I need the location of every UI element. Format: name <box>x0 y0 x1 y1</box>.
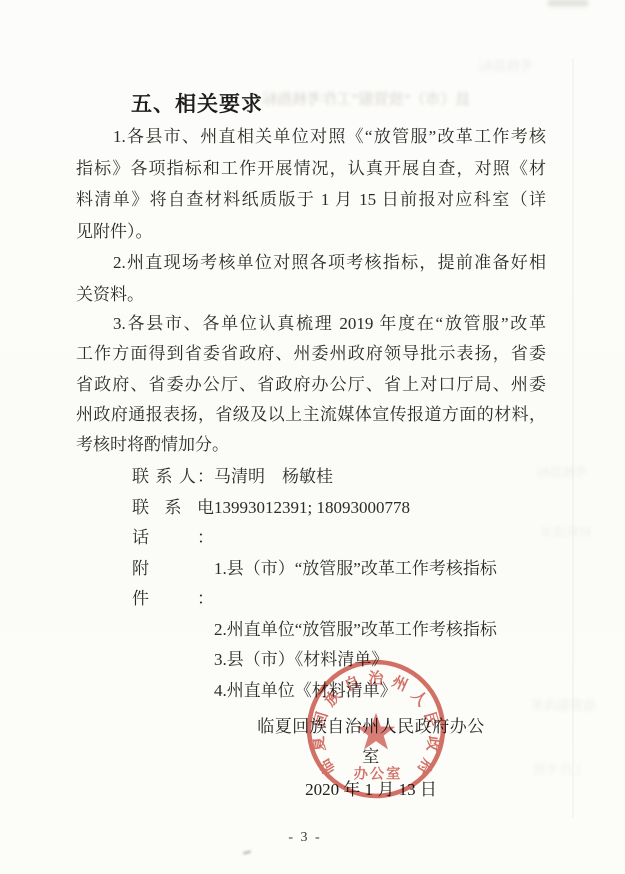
page-number: - 3 - <box>0 830 610 846</box>
paragraph-line: 考核时将酌情加分。 <box>76 430 546 460</box>
attachment-item: 1.县（市）“放管服”改革工作考核指标 <box>214 554 546 615</box>
document-page: 县（市）“放管服”工作考核指标 考核指标 考核指标 材料清单 放管服改革 工作考… <box>0 0 625 874</box>
attachment-row: 附 件： 1.县（市）“放管服”改革工作考核指标 <box>76 554 546 615</box>
paragraph-2: 2.州直现场考核单位对照各项考核指标，提前准备好相 关资料。 <box>76 247 546 310</box>
paragraph-line: 指标》各项指标和工作开展情况，认真开展自查，对照《材 <box>76 153 546 185</box>
bleedthrough-artifact: 考核指标 <box>478 56 534 76</box>
attachment-item: 4.州直单位《材料清单》 <box>76 676 546 707</box>
contact-person-row: 联 系 人： 马清明 杨敏桂 <box>76 462 546 493</box>
contact-phone-value: 13993012391; 18093000778 <box>214 493 546 554</box>
paragraph-line: 3.各县市、各单位认真梳理 2019 年度在“放管服”改革 <box>76 309 546 339</box>
scan-smudge <box>548 0 588 6</box>
contact-person-label: 联 系 人： <box>132 462 214 493</box>
paragraph-line: 2.州直现场考核单位对照各项考核指标，提前准备好相 <box>76 247 546 279</box>
attachment-label: 附 件： <box>132 554 214 615</box>
bleedthrough-table-line <box>572 58 574 818</box>
contact-phone-label: 联系电话： <box>132 493 214 554</box>
contact-phone-row: 联系电话： 13993012391; 18093000778 <box>76 493 546 554</box>
attachment-item: 2.州直单位“放管服”改革工作考核指标 <box>76 615 546 646</box>
paragraph-line: 工作方面得到省委省政府、州委州政府领导批示表扬，省委 <box>76 339 546 369</box>
attachment-item: 3.县（市）《材料清单》 <box>76 645 546 676</box>
bleedthrough-artifact: 材料清单 <box>540 522 592 541</box>
contact-person-value: 马清明 杨敏桂 <box>214 462 546 493</box>
paragraph-line: 省政府、省委办公厅、省政府办公厅、省上对口厅局、州委 <box>76 370 546 400</box>
issue-date: 2020 年 1 月 13 日 <box>250 775 492 805</box>
paragraph-line: 1.各县市、州直相关单位对照《“放管服”改革工作考核 <box>76 121 546 153</box>
paragraph-3: 3.各县市、各单位认真梳理 2019 年度在“放管服”改革 工作方面得到省委省政… <box>76 309 546 460</box>
paragraph-line: 见附件）。 <box>76 216 546 248</box>
contact-block: 联 系 人： 马清明 杨敏桂 联系电话： 13993012391; 180930… <box>76 462 546 706</box>
bleedthrough-artifact: 工作考核 <box>533 759 585 778</box>
section-heading: 五、相关要求 <box>131 88 263 118</box>
paragraph-line: 料清单》将自查材料纸质版于 1 月 15 日前报对应科室（详 <box>76 184 546 216</box>
paragraph-line: 关资料。 <box>76 279 546 311</box>
signature-block: 临夏回族自治州人民政府办公室 2020 年 1 月 13 日 <box>250 712 492 805</box>
paragraph-line: 州政府通报表扬，省级及以上主流媒体宣传报道方面的材料， <box>76 400 546 430</box>
issuing-organization: 临夏回族自治州人民政府办公室 <box>250 712 492 772</box>
scan-speck <box>243 850 251 855</box>
paragraph-1: 1.各县市、州直相关单位对照《“放管服”改革工作考核 指标》各项指标和工作开展情… <box>76 121 546 247</box>
bleedthrough-artifact: 县（市）“放管服”工作考核指标 <box>262 88 470 109</box>
